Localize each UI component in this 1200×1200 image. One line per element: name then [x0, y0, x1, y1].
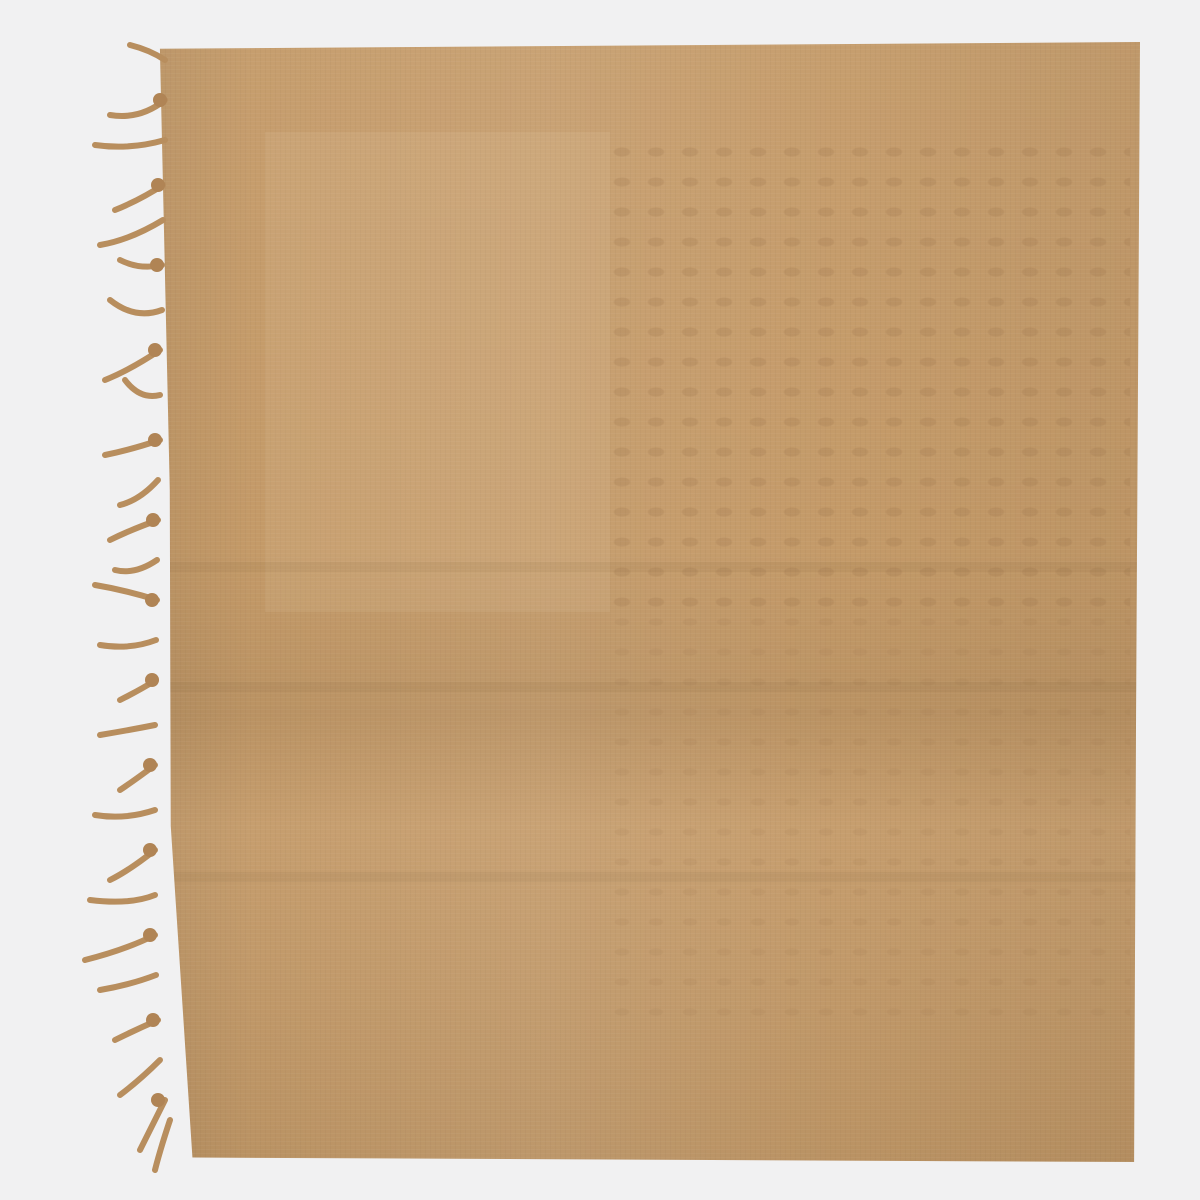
fabric-woven-pattern-lower	[610, 612, 1130, 1032]
fabric-stripe	[155, 872, 1140, 882]
fabric-stripe	[155, 562, 1140, 572]
scarf-fringe	[0, 0, 200, 1200]
fabric-light-panel	[265, 132, 610, 612]
fabric-stripe	[155, 682, 1140, 692]
photo-background	[0, 0, 1200, 1200]
scarf-fabric	[155, 42, 1140, 1162]
fabric-woven-pattern	[610, 142, 1130, 612]
